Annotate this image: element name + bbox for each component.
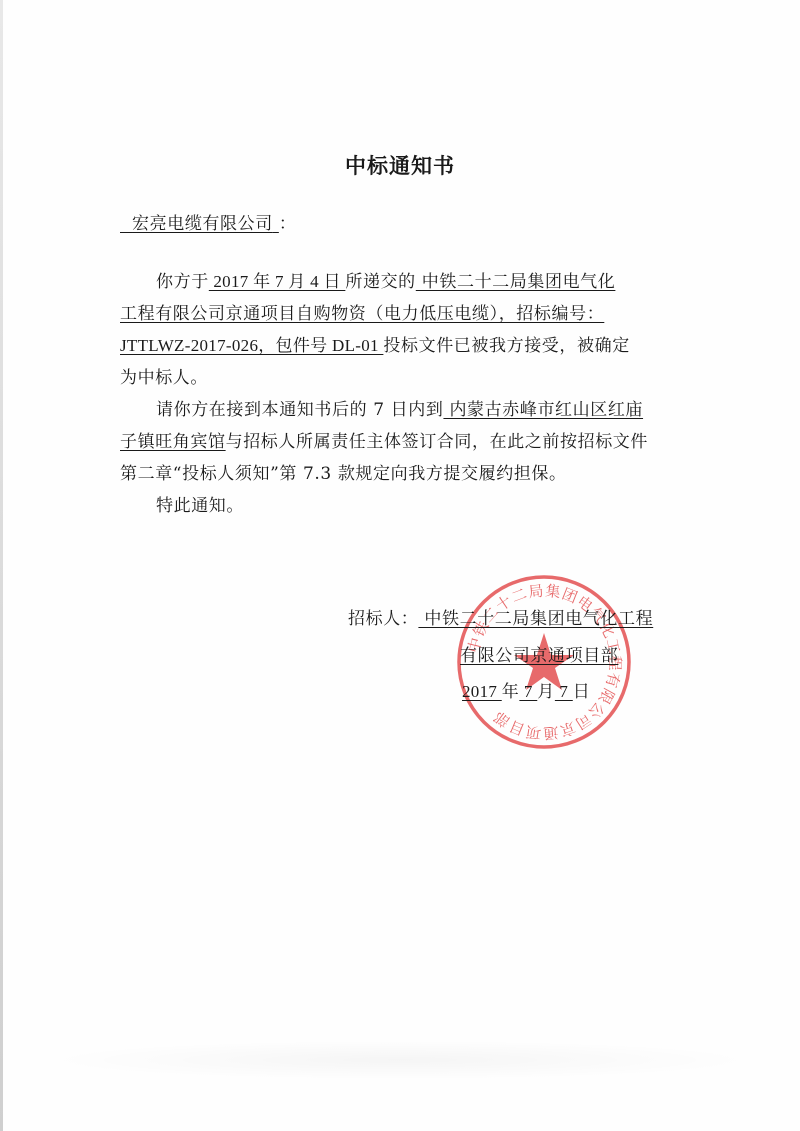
p2-suffix: 与招标人所属责任主体签订合同，在此之前按招标文件 (226, 432, 648, 452)
paragraph2-line1: 请你方在接到本通知书后的 7 日内到 内蒙古赤峰市红山区红庙 (120, 398, 643, 422)
date-month: 7 (519, 682, 537, 701)
closing-line: 特此通知。 (120, 494, 244, 518)
project-name-line2: 工程有限公司京通项目自购物资（电力低压电缆），招标编号： (120, 304, 604, 324)
p1-middle: 所递交的 (345, 272, 415, 292)
document-title: 中标通知书 (0, 150, 800, 180)
addressee-name: 宏亮电缆有限公司 (120, 214, 279, 234)
date-month-unit: 月 (537, 682, 555, 702)
date-year: 2017 (462, 682, 502, 701)
scan-shadow (40, 1040, 760, 1080)
addressee-line: 宏亮电缆有限公司 ： (120, 212, 296, 236)
paragraph1-line2: 工程有限公司京通项目自购物资（电力低压电缆），招标编号： (120, 302, 604, 326)
paragraph1-line4: 为中标人。 (120, 366, 208, 390)
project-name-line1: 中铁二十二局集团电气化 (416, 272, 616, 292)
p1-suffix: 投标文件已被我方接受，被确定 (383, 336, 629, 356)
contract-location-line1: 内蒙古赤峰市红山区红庙 (443, 400, 643, 420)
paragraph1-line1: 你方于 2017 年 7 月 4 日 所递交的 中铁二十二局集团电气化 (120, 270, 615, 294)
issuer-org-line2: 有限公司京通项目部 (460, 646, 618, 666)
signature-line1: 招标人： 中铁二十二局集团电气化工程 (348, 607, 653, 631)
submit-date: 2017 年 7 月 4 日 (209, 272, 346, 291)
addressee-text: 宏亮电缆有限公司 (132, 214, 273, 234)
document-page: 中标通知书 宏亮电缆有限公司 ： 你方于 2017 年 7 月 4 日 所递交的… (0, 0, 800, 1131)
closing-text: 特此通知。 (156, 496, 244, 516)
contract-location-line2: 子镇旺角宾馆 (120, 432, 226, 452)
paragraph2-line2: 子镇旺角宾馆与招标人所属责任主体签订合同，在此之前按招标文件 (120, 430, 648, 454)
signature-line2: 有限公司京通项目部 (460, 644, 618, 668)
date-day-unit: 日 (573, 682, 591, 702)
issuer-label: 招标人： (348, 609, 418, 629)
signature-date: 2017 年 7 月 7 日 (462, 680, 590, 704)
date-year-unit: 年 (502, 682, 520, 702)
issuer-org-line1: 中铁二十二局集团电气化工程 (418, 609, 653, 629)
paragraph2-line3: 第二章“投标人须知”第 7.3 款规定向我方提交履约担保。 (120, 462, 567, 486)
addressee-colon: ： (279, 214, 297, 234)
p2-line3: 第二章“投标人须知”第 7.3 款规定向我方提交履约担保。 (120, 464, 567, 484)
p1-line4: 为中标人。 (120, 368, 208, 388)
p1-prefix: 你方于 (156, 272, 209, 292)
p2-prefix: 请你方在接到本通知书后的 7 日内到 (156, 400, 443, 420)
date-day: 7 (555, 682, 573, 701)
bid-number: JTTLWZ-2017-026，包件号 DL-01 (120, 336, 383, 355)
paragraph1-line3: JTTLWZ-2017-026，包件号 DL-01 投标文件已被我方接受，被确定 (120, 334, 630, 358)
